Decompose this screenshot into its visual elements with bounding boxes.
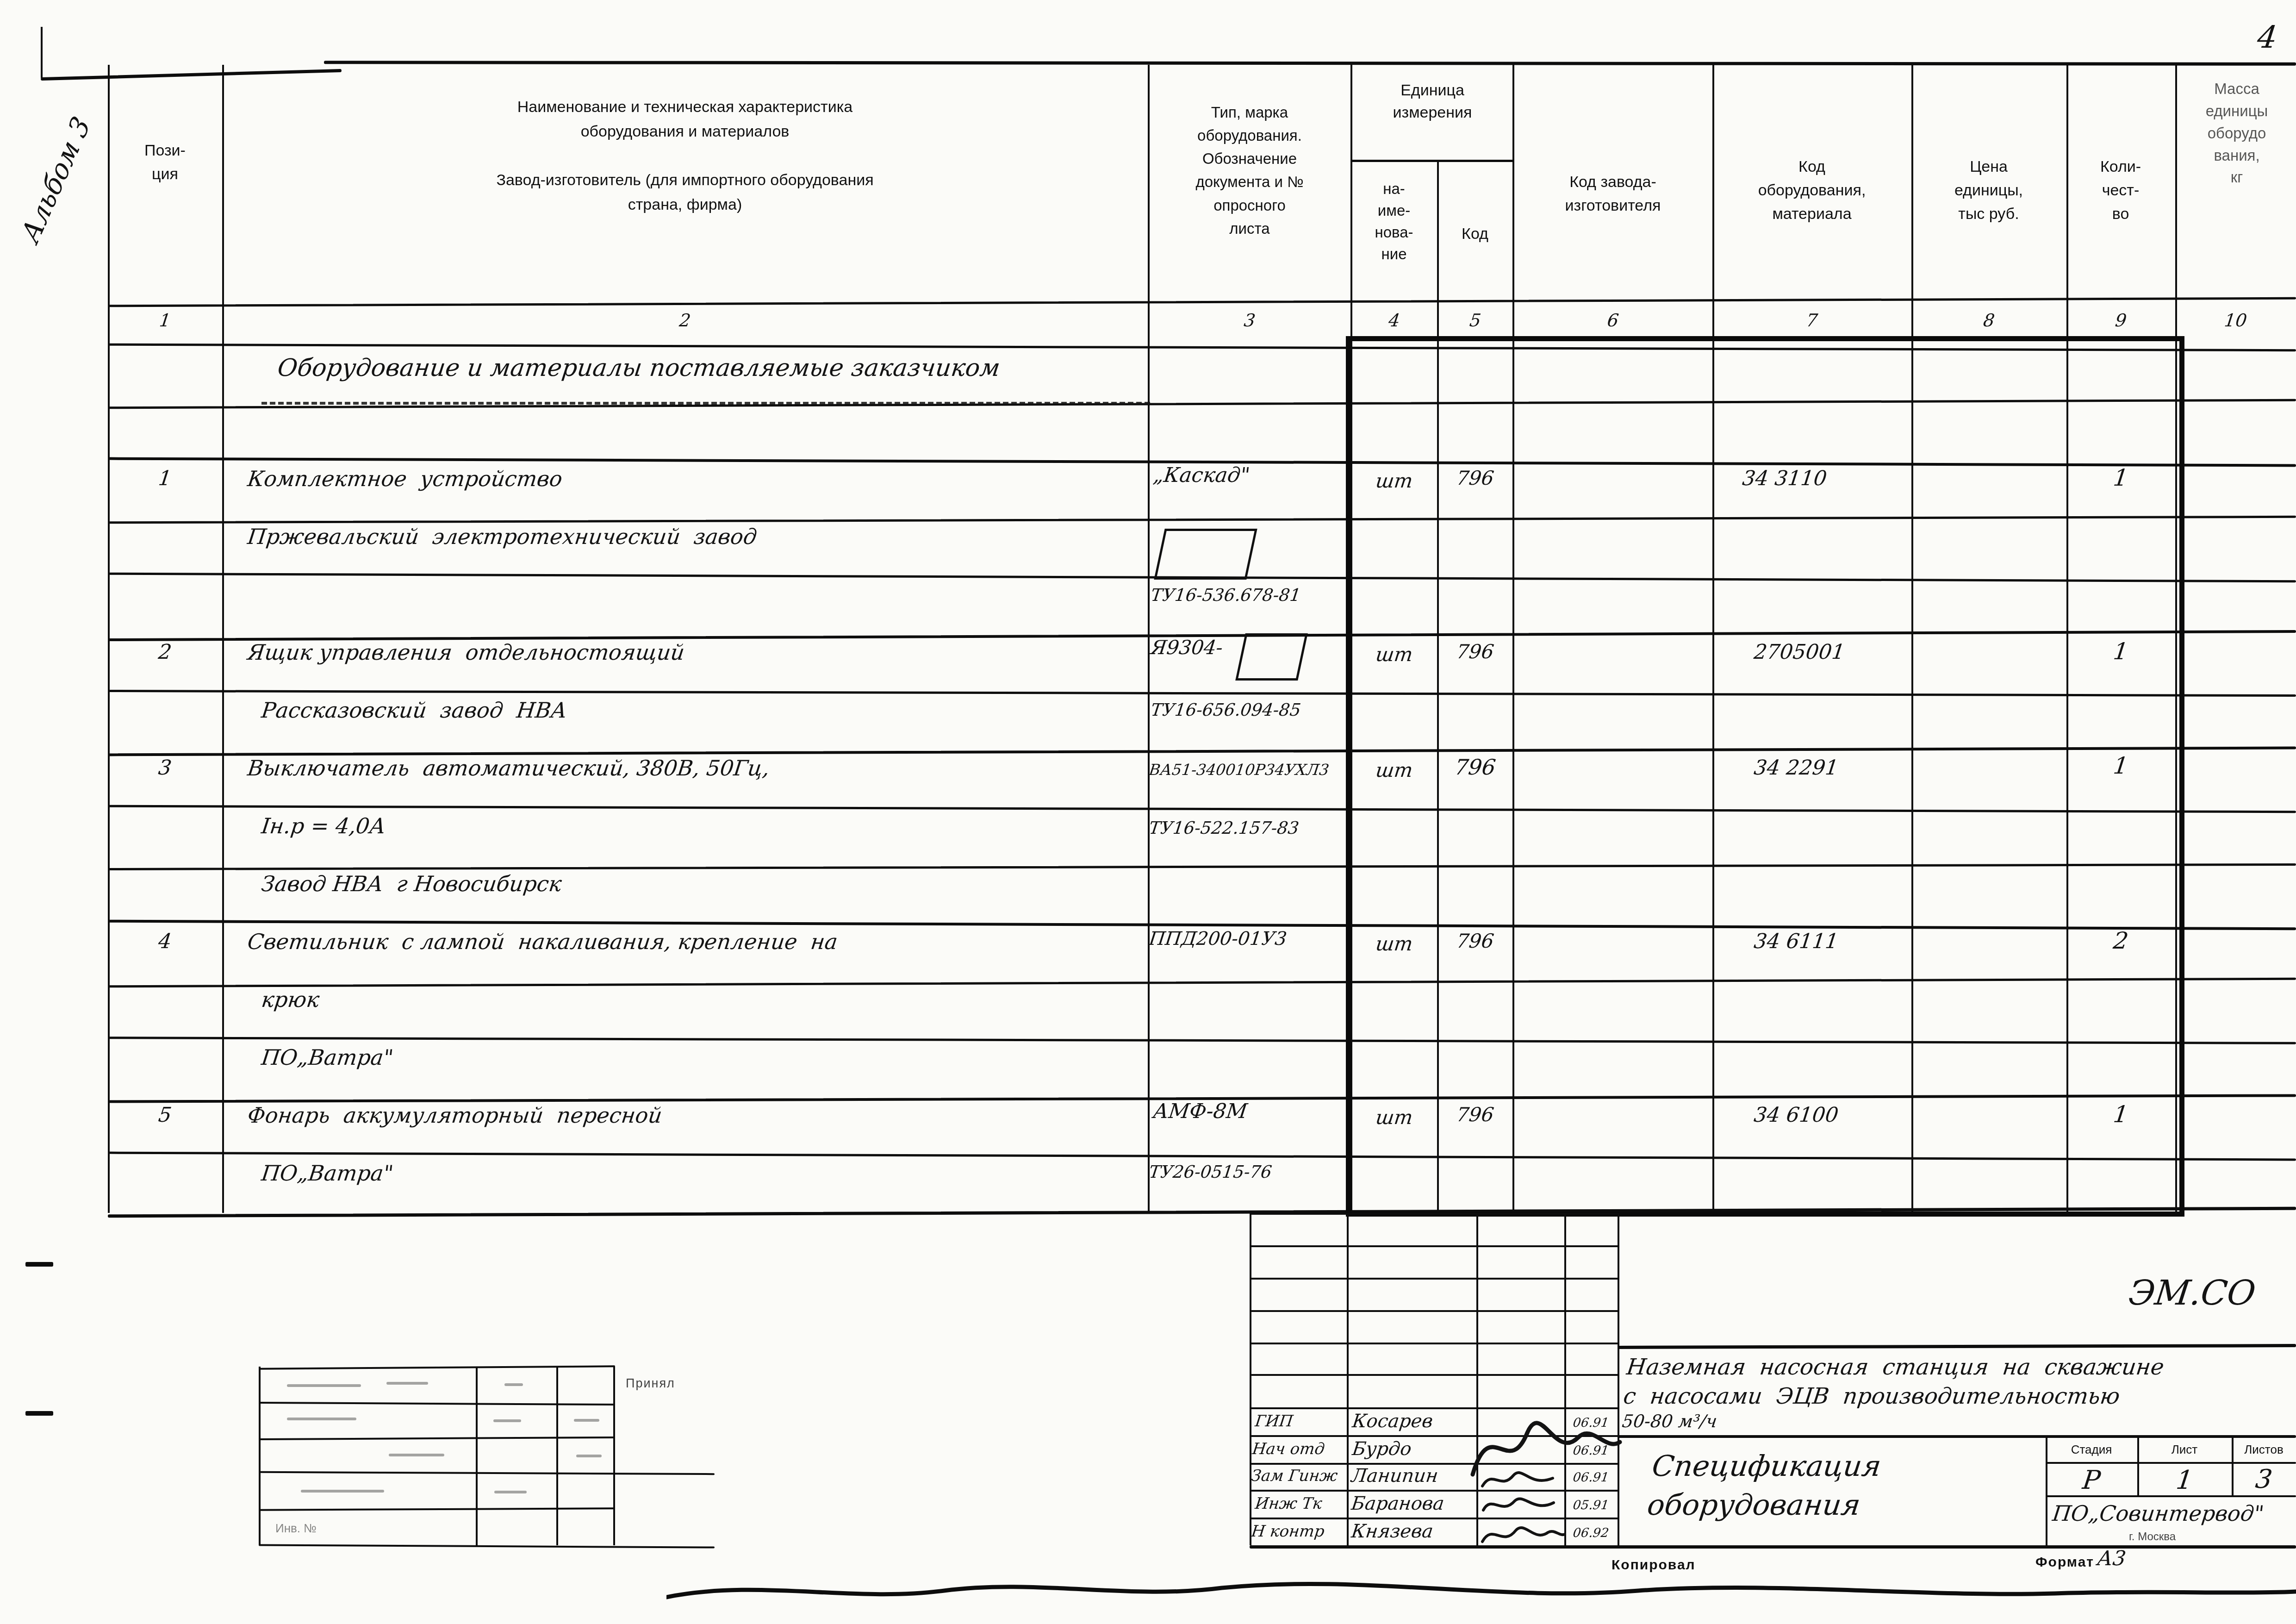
faint-entry-mark xyxy=(301,1490,384,1493)
faint-entry-mark xyxy=(287,1384,361,1387)
sig-row-line xyxy=(1250,1213,1619,1215)
small-stamp-col-line xyxy=(613,1367,615,1545)
row4-name-line1: Светильник с лампой накаливания, креплен… xyxy=(246,928,839,956)
col-number-8: 8 xyxy=(1910,309,2068,332)
small-stamp-row-line xyxy=(259,1437,615,1440)
titleblock-sig-border xyxy=(1250,1213,1251,1545)
name-burdo: Бурдо xyxy=(1351,1437,1413,1461)
name-kosarev: Косарев xyxy=(1351,1409,1434,1433)
row1-empty-type-box xyxy=(1154,529,1257,580)
small-stamp-row-line xyxy=(259,1507,615,1511)
column-header-equip-code: Код оборудования, материала xyxy=(1713,155,1910,226)
sheet-label: Лист xyxy=(2137,1441,2232,1459)
row3-name-line2: Iн.р = 4,0А xyxy=(260,812,387,840)
row3-qty: 1 xyxy=(2065,751,2177,781)
small-stamp-bottom-line xyxy=(259,1544,715,1548)
row4-name-line3: ПО„Ватра" xyxy=(260,1044,395,1072)
faint-entry-mark xyxy=(389,1454,444,1456)
row4-type: ППД200-01У3 xyxy=(1148,927,1288,951)
section-heading-underline xyxy=(261,402,1150,405)
row3-type: ВА51-340010Р34УХЛ3 xyxy=(1148,760,1330,780)
row5-pos: 5 xyxy=(106,1102,224,1128)
faint-entry-mark xyxy=(493,1419,521,1422)
titleblock-sig-col xyxy=(1564,1213,1566,1545)
col-number-1: 1 xyxy=(106,309,224,332)
faint-entry-mark xyxy=(287,1418,356,1420)
document-code: ЭМ.СО xyxy=(2126,1271,2258,1315)
row2-empty-type-box xyxy=(1235,633,1308,681)
column-header-position: Пози- ция xyxy=(108,139,222,186)
sig-row-line xyxy=(1250,1245,1619,1247)
header-bottom-line xyxy=(108,297,2296,307)
row5-name-line1: Фонарь аккумуляторный пересной xyxy=(246,1102,664,1130)
inventory-note: Инв. № xyxy=(275,1519,317,1537)
row4-pos: 4 xyxy=(106,928,224,955)
row2-name-line2: Рассказовский завод НВА xyxy=(260,697,569,725)
row1-unit-code: 796 xyxy=(1436,466,1515,491)
small-stamp-col-line xyxy=(476,1367,478,1545)
col-number-2: 2 xyxy=(221,309,1149,332)
faint-entry-mark xyxy=(386,1382,428,1385)
column-header-factory-code: Код завода- изготовителя xyxy=(1514,170,1711,218)
stage-label: Стадия xyxy=(2046,1441,2137,1459)
titleblock-divider xyxy=(1618,1213,1619,1545)
row3-pos: 3 xyxy=(106,755,224,781)
row3-equip-code: 34 2291 xyxy=(1752,755,1840,781)
row2-equip-code: 2705001 xyxy=(1752,639,1846,665)
organization-city: г. Москва xyxy=(2129,1529,2176,1545)
titleblock-top-border xyxy=(1618,1344,2296,1349)
scan-edge-wave xyxy=(666,1569,2296,1616)
row3-unit: шт xyxy=(1350,758,1439,783)
corner-page-mark: 4 xyxy=(2255,18,2280,57)
row5-qty: 1 xyxy=(2065,1099,2177,1130)
row2-unit-code: 796 xyxy=(1436,639,1515,665)
row1-type-doc: ТУ16-536.678-81 xyxy=(1150,584,1302,606)
table-top-border xyxy=(324,61,2296,66)
small-stamp-row-line xyxy=(259,1402,615,1405)
column-header-type: Тип, марка оборудования. Обозначение док… xyxy=(1150,101,1349,240)
sig-row-line xyxy=(1250,1310,1619,1312)
titleblock-sig-col xyxy=(1347,1213,1349,1545)
scanned-specification-sheet: Альбом 3 4 Пози- ция Наименование и техн… xyxy=(0,0,2296,1624)
faint-entry-mark xyxy=(576,1455,602,1457)
sig-row-line xyxy=(1250,1374,1619,1376)
title-name-divider xyxy=(1618,1435,2296,1438)
trim-mark xyxy=(25,1262,53,1267)
date-inzhtk: 05.91 xyxy=(1566,1497,1616,1513)
format-value: А3 xyxy=(2096,1545,2127,1572)
name-baranova: Баранова xyxy=(1350,1492,1446,1516)
row5-name-line2: ПО„Ватра" xyxy=(260,1160,395,1187)
signature-squiggle xyxy=(1479,1492,1557,1518)
col-number-4: 4 xyxy=(1350,309,1438,332)
col-number-6: 6 xyxy=(1512,309,1714,332)
role-gip: ГИП xyxy=(1254,1411,1294,1431)
prinjal-label: Принял xyxy=(626,1374,675,1393)
row4-unit-code: 796 xyxy=(1436,929,1515,954)
column-header-mass: Масса единицы оборудо вания, кг xyxy=(2178,78,2296,188)
column-header-name: Наименование и техническая характеристик… xyxy=(231,95,1139,217)
role-inzhtk: Инж Тк xyxy=(1254,1493,1323,1514)
row5-unit-code: 796 xyxy=(1436,1102,1515,1128)
signature-squiggle xyxy=(1479,1518,1567,1551)
trim-mark xyxy=(25,1411,53,1416)
section-heading: Оборудование и материалы поставляемые за… xyxy=(276,353,1002,384)
column-header-qty: Коли- чест- во xyxy=(2067,155,2174,226)
row2-type: Я9304- xyxy=(1150,635,1225,661)
row1-name-line2: Пржевальский электротехнический завод xyxy=(246,523,759,551)
row4-qty: 2 xyxy=(2065,926,2177,956)
row3-type-doc: ТУ16-522.157-83 xyxy=(1148,817,1300,839)
faint-entry-mark xyxy=(504,1383,523,1386)
date-nkontr: 06.92 xyxy=(1566,1525,1616,1541)
row3-name-line3: Завод НВА г Новосибирск xyxy=(260,870,563,898)
small-stamp-row-line xyxy=(259,1471,715,1475)
faint-entry-mark xyxy=(574,1419,599,1422)
row1-qty: 1 xyxy=(2065,463,2177,493)
row1-equip-code: 34 3110 xyxy=(1741,465,1828,492)
name-knyazeva: Князева xyxy=(1350,1519,1435,1543)
titleblock-bottom-border xyxy=(1250,1545,2296,1549)
small-stamp-border xyxy=(259,1367,261,1545)
row3-unit-code: 796 xyxy=(1435,754,1515,781)
role-nachotd: Нач отд xyxy=(1251,1439,1326,1459)
document-title: Спецификация оборудования xyxy=(1645,1447,1884,1524)
project-title-line3: 50-80 м³/ч xyxy=(1621,1410,1718,1433)
row2-name-line1: Ящик управления отдельностоящий xyxy=(246,639,686,667)
small-stamp-col-line xyxy=(556,1367,558,1545)
role-zamginzh: Зам Гинж xyxy=(1250,1466,1338,1486)
faint-entry-mark xyxy=(494,1491,527,1493)
col-number-5: 5 xyxy=(1436,309,1515,332)
sheets-value: 3 xyxy=(2230,1463,2296,1497)
row4-equip-code: 34 6111 xyxy=(1752,928,1840,955)
sheets-label: Листов xyxy=(2232,1441,2296,1459)
stage-value: Р xyxy=(2044,1464,2140,1498)
col-number-10: 10 xyxy=(2174,309,2296,332)
project-title-line2: с насосами ЭЦВ производительностью xyxy=(1622,1382,2122,1411)
name-lanipin: Ланипин xyxy=(1350,1464,1440,1488)
row2-qty: 1 xyxy=(2065,637,2177,667)
row2-type-doc: ТУ16-656.094-85 xyxy=(1150,699,1302,721)
row4-unit: шт xyxy=(1350,931,1439,957)
row1-name-line1: Комплектное устройство xyxy=(246,465,564,493)
sig-row-line xyxy=(1250,1343,1619,1344)
column-header-unit-code: Код xyxy=(1438,222,1512,246)
row2-pos: 2 xyxy=(106,639,224,665)
row1-pos: 1 xyxy=(106,465,224,492)
album-margin-note: Альбом 3 xyxy=(14,111,98,249)
small-stamp-row-line xyxy=(259,1365,615,1369)
row5-type-doc: ТУ26-0515-76 xyxy=(1148,1161,1273,1183)
row5-unit: шт xyxy=(1350,1105,1439,1131)
column-header-unit-name: на- име- нова- ние xyxy=(1352,178,1436,265)
row5-equip-code: 34 6100 xyxy=(1752,1102,1840,1128)
row2-unit: шт xyxy=(1350,642,1439,668)
organization-name: ПО„Совинтервод" xyxy=(2051,1500,2265,1528)
row1-unit: шт xyxy=(1350,468,1439,494)
col-number-3: 3 xyxy=(1146,309,1353,332)
row1-type: „Каскад" xyxy=(1151,462,1251,488)
table-top-border-left xyxy=(41,69,342,81)
project-title-line1: Наземная насосная станция на скважине xyxy=(1625,1353,2165,1381)
sig-row-line xyxy=(1250,1278,1619,1280)
column-header-unit-group: Единица измерения xyxy=(1351,80,1513,124)
role-nkontr: Н контр xyxy=(1250,1521,1325,1542)
row4-name-line2: крюк xyxy=(260,986,321,1014)
row3-name-line1: Выключатель автоматический, 380В, 50Гц, xyxy=(246,755,771,782)
col-number-7: 7 xyxy=(1711,309,1913,332)
frame-corner-line xyxy=(41,27,43,78)
column-header-price: Цена единицы, тыс руб. xyxy=(1912,155,2065,226)
col-number-9: 9 xyxy=(2065,309,2177,332)
sheet-value: 1 xyxy=(2135,1464,2234,1498)
unit-subheader-line xyxy=(1351,160,1513,162)
signature-flourish xyxy=(1467,1405,1624,1484)
row5-type: АМФ-8М xyxy=(1151,1098,1249,1124)
titleblock-sig-col xyxy=(1476,1213,1478,1545)
